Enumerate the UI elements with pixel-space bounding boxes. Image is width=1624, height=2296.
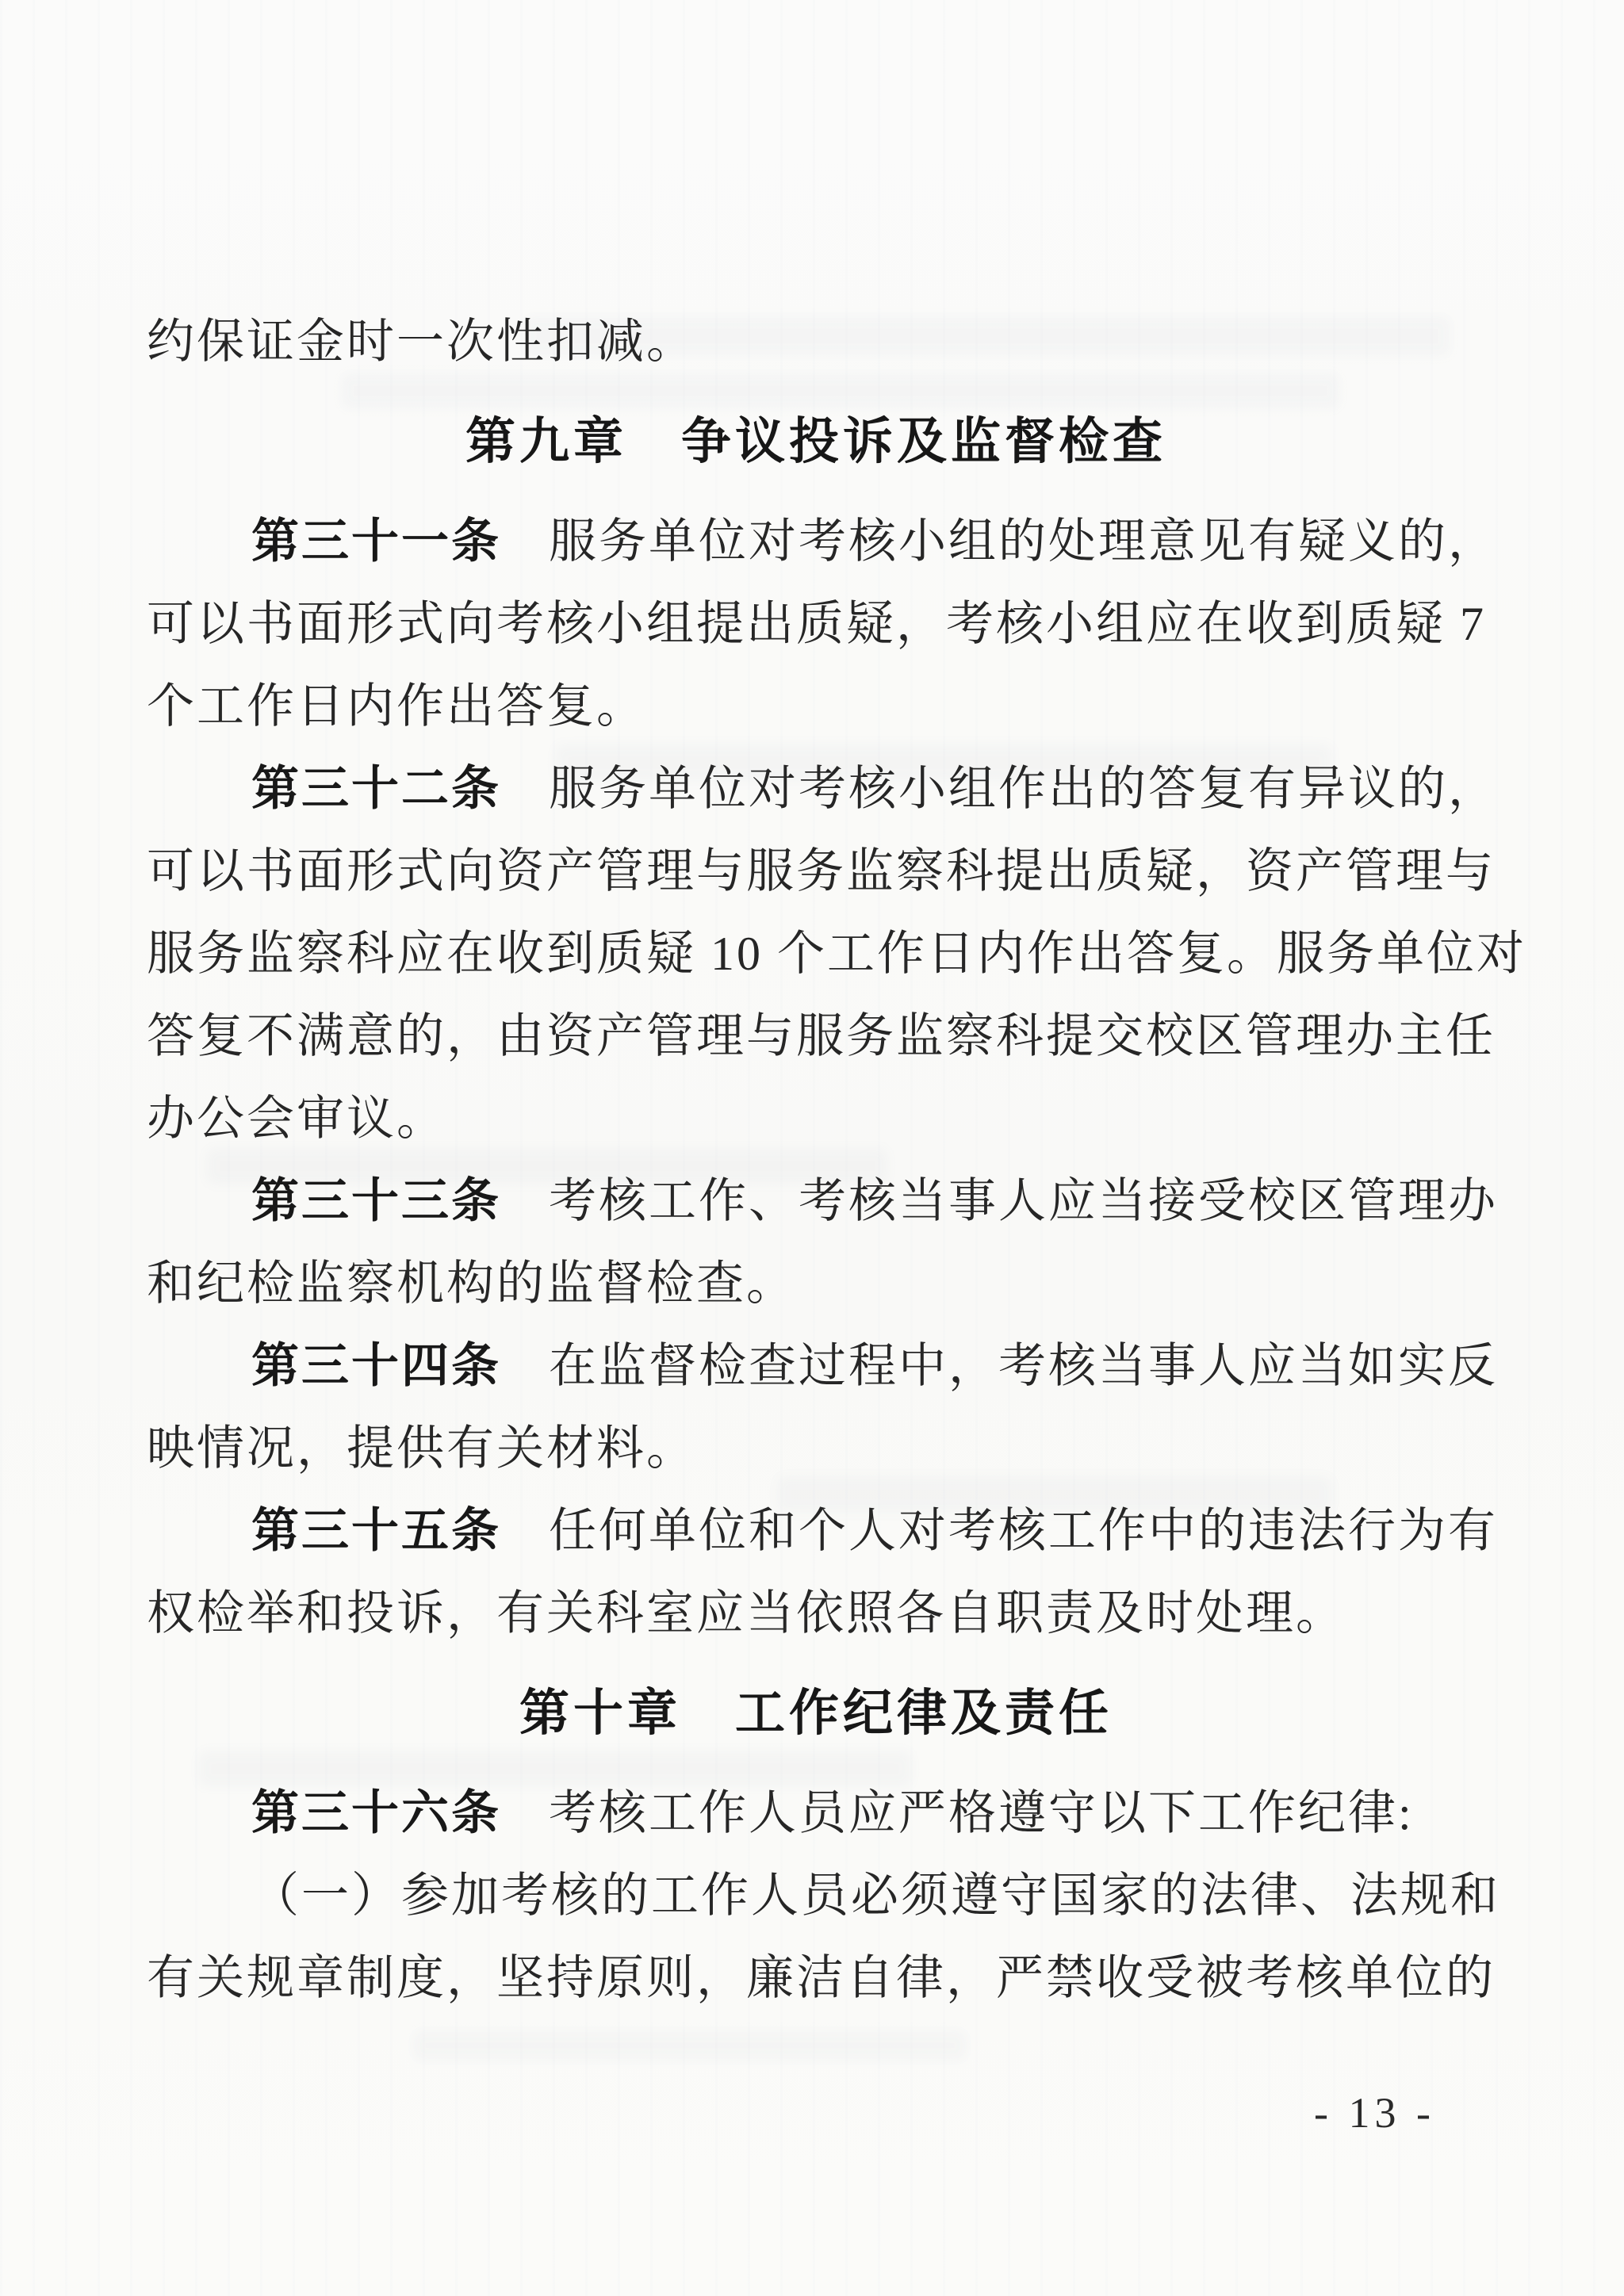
chapter-heading-9: 第九章 争议投诉及监督检查 xyxy=(147,400,1485,483)
paragraph-line: 权检举和投诉，有关科室应当依照各自职责及时处理。 xyxy=(147,1572,1485,1655)
article-34-line: 第三十四条在监督检查过程中，考核当事人应当如实反 xyxy=(147,1325,1485,1407)
article-36-line: 第三十六条考核工作人员应严格遵守以下工作纪律: xyxy=(147,1772,1485,1854)
article-31-text: 服务单位对考核小组的处理意见有疑义的， xyxy=(549,515,1498,568)
article-36-number: 第三十六条 xyxy=(251,1787,501,1839)
article-34-text: 在监督检查过程中，考核当事人应当如实反 xyxy=(549,1340,1498,1392)
bleed-through-artifact xyxy=(412,2030,967,2061)
paragraph-line: 个工作日内作出答复。 xyxy=(147,665,1485,748)
paragraph-line: 约保证金时一次性扣减。 xyxy=(147,300,1485,383)
article-33-line: 第三十三条考核工作、考核当事人应当接受校区管理办 xyxy=(147,1160,1485,1242)
page-number: - 13 - xyxy=(1314,2088,1435,2137)
paragraph-line: 答复不满意的，由资产管理与服务监察科提交校区管理办主任 xyxy=(147,995,1485,1077)
article-32-text: 服务单位对考核小组作出的答复有异议的， xyxy=(549,763,1498,815)
article-34-number: 第三十四条 xyxy=(251,1340,501,1392)
paragraph-line: 可以书面形式向考核小组提出质疑，考核小组应在收到质疑 7 xyxy=(147,583,1485,665)
article-33-text: 考核工作、考核当事人应当接受校区管理办 xyxy=(549,1175,1498,1227)
paragraph-line: 办公会审议。 xyxy=(147,1077,1485,1160)
article-35-number: 第三十五条 xyxy=(251,1505,501,1557)
paragraph-line: 和纪检监察机构的监督检查。 xyxy=(147,1242,1485,1325)
paragraph-line: 可以书面形式向资产管理与服务监察科提出质疑，资产管理与 xyxy=(147,830,1485,913)
article-36-text: 考核工作人员应严格遵守以下工作纪律: xyxy=(549,1787,1414,1839)
article-31-number: 第三十一条 xyxy=(251,515,501,568)
scanned-document-page: 约保证金时一次性扣减。 第九章 争议投诉及监督检查 第三十一条服务单位对考核小组… xyxy=(0,0,1624,2296)
article-35-text: 任何单位和个人对考核工作中的违法行为有 xyxy=(549,1505,1498,1557)
article-35-line: 第三十五条任何单位和个人对考核工作中的违法行为有 xyxy=(147,1490,1485,1572)
article-32-number: 第三十二条 xyxy=(251,763,501,815)
paragraph-line: 服务监察科应在收到质疑 10 个工作日内作出答复。服务单位对 xyxy=(147,913,1485,995)
article-33-number: 第三十三条 xyxy=(251,1175,501,1227)
paragraph-line: 有关规章制度，坚持原则，廉洁自律，严禁收受被考核单位的 xyxy=(147,1937,1485,2019)
document-body: 约保证金时一次性扣减。 第九章 争议投诉及监督检查 第三十一条服务单位对考核小组… xyxy=(147,300,1485,2019)
article-32-line: 第三十二条服务单位对考核小组作出的答复有异议的， xyxy=(147,748,1485,830)
list-item-1-line: （一）参加考核的工作人员必须遵守国家的法律、法规和 xyxy=(147,1854,1485,1937)
chapter-heading-10: 第十章 工作纪律及责任 xyxy=(147,1672,1485,1755)
paragraph-line: 映情况，提供有关材料。 xyxy=(147,1407,1485,1490)
article-31-line: 第三十一条服务单位对考核小组的处理意见有疑义的， xyxy=(147,500,1485,583)
